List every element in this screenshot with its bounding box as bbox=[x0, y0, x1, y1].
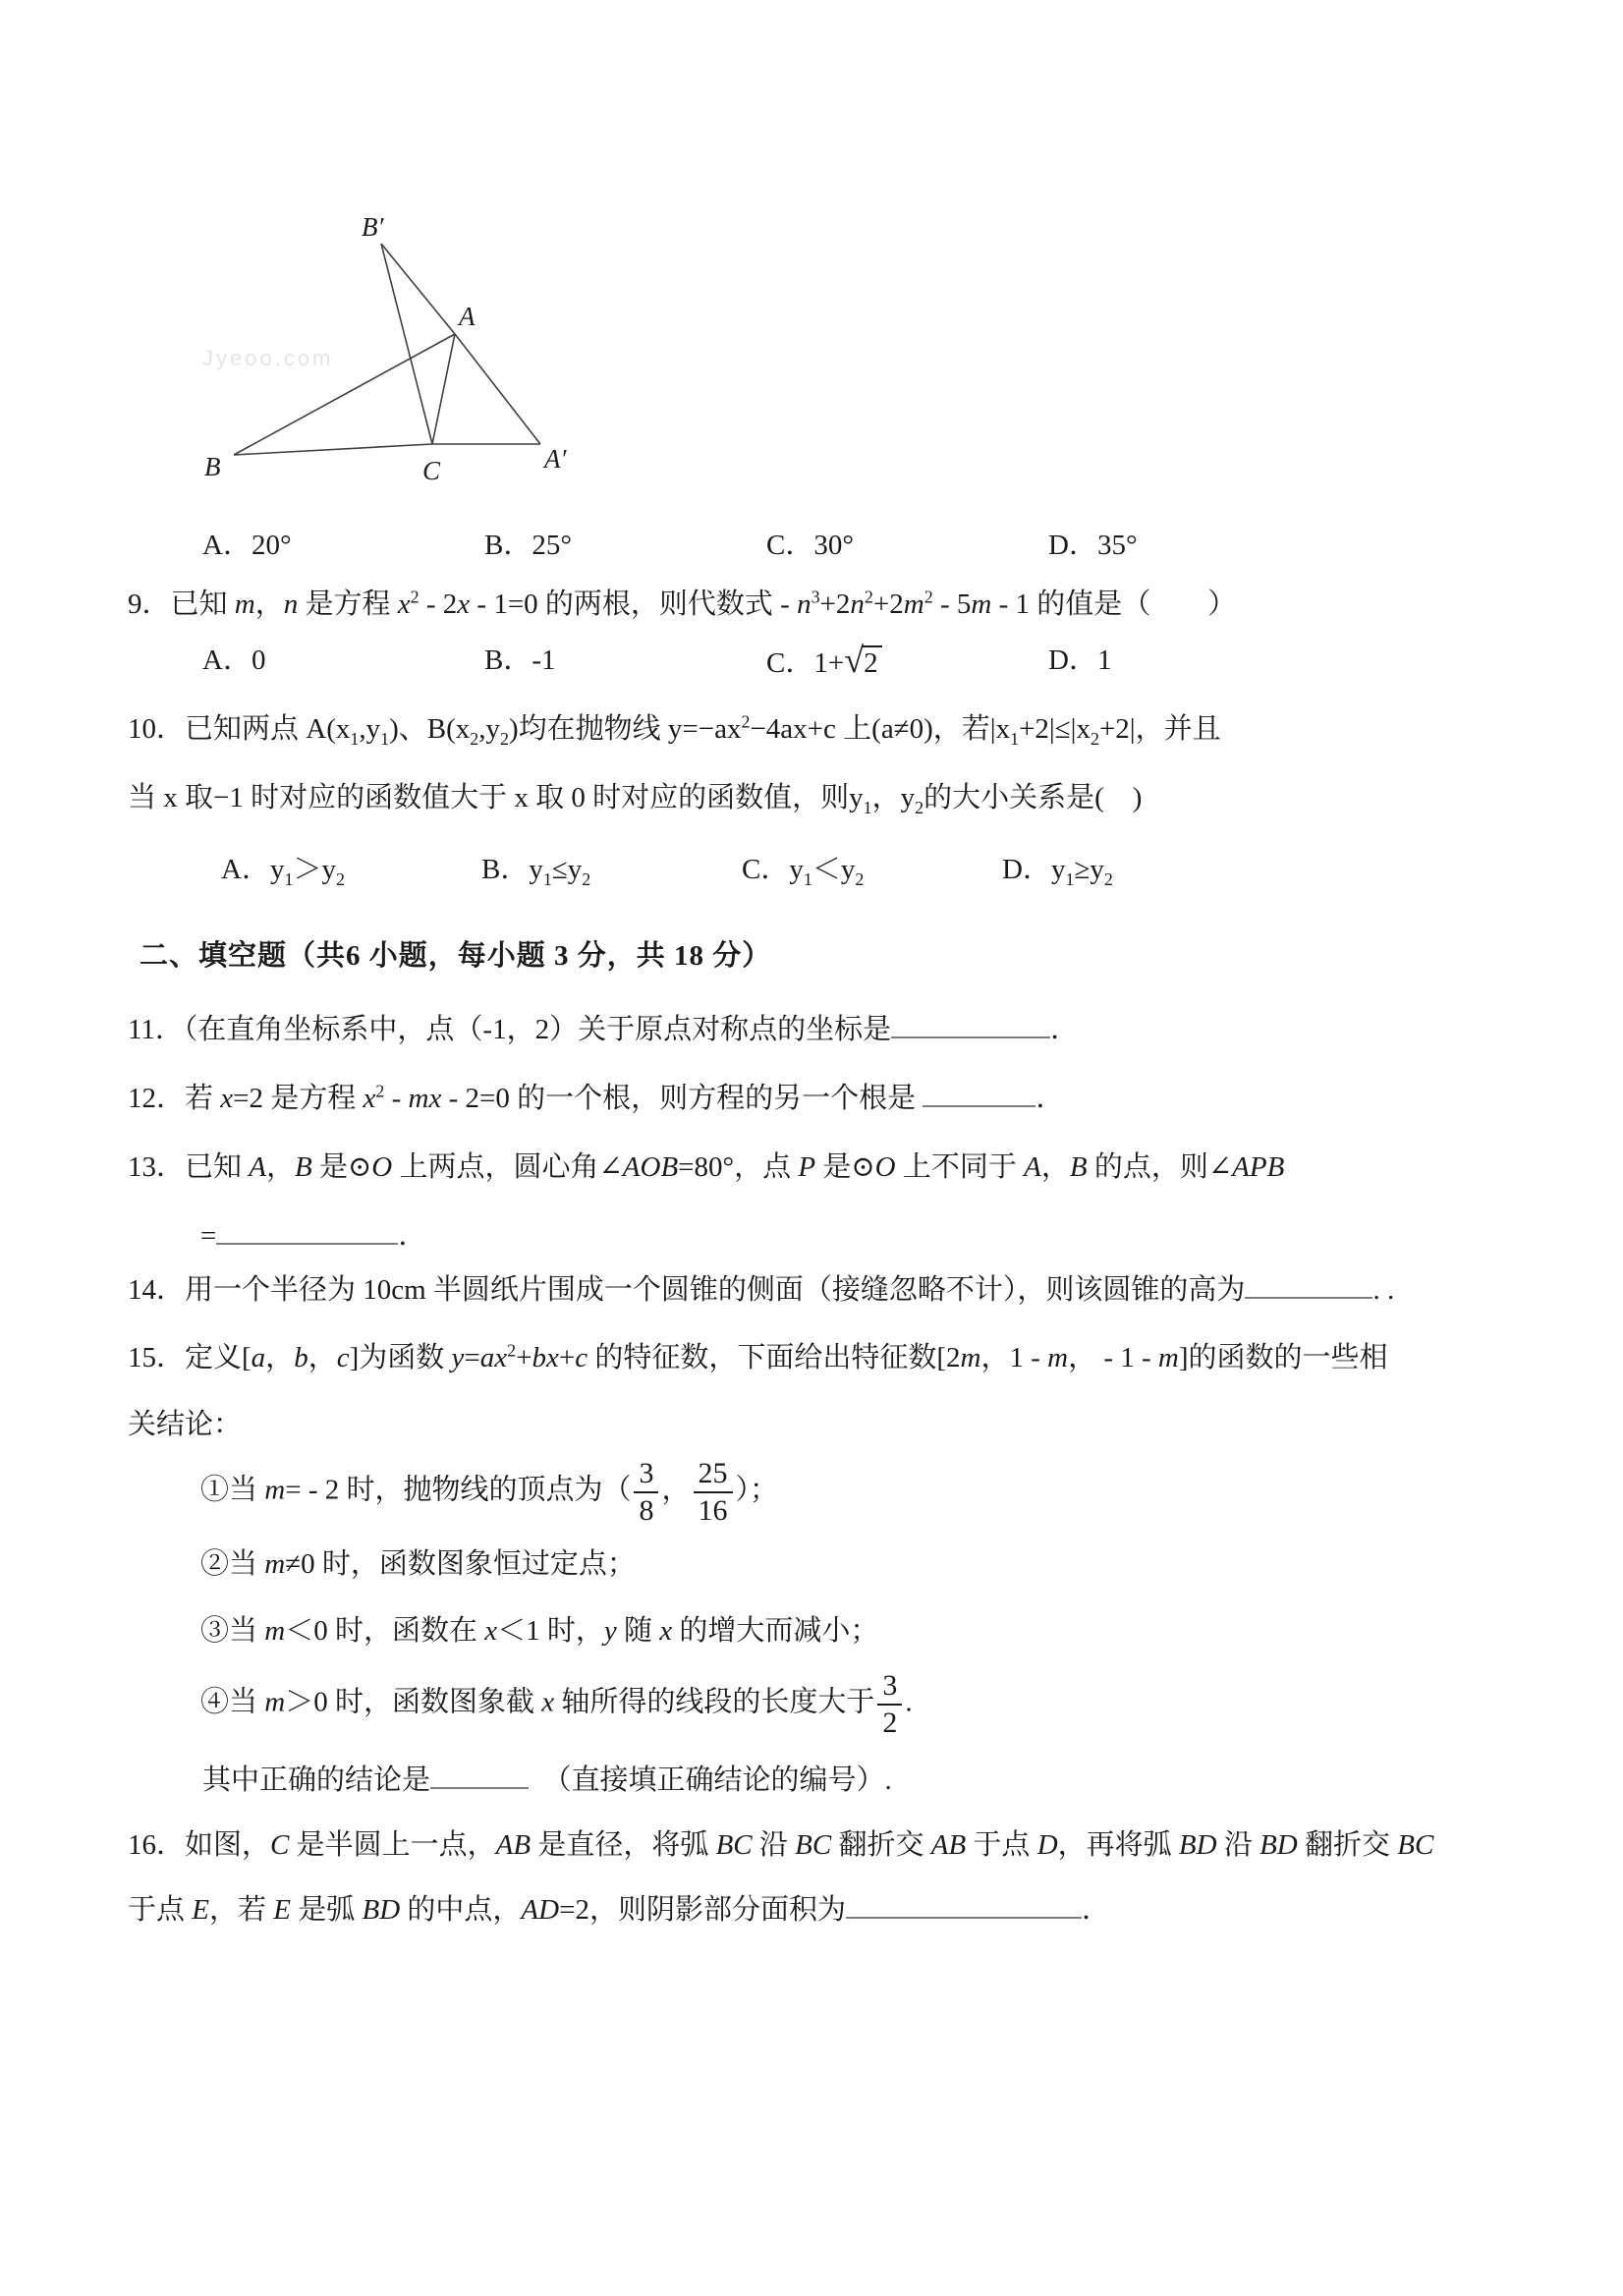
text-run: A．20° bbox=[202, 530, 292, 561]
text-run: 关结论： bbox=[128, 1409, 242, 1440]
option-d: D．y1≥y2 bbox=[1002, 850, 1262, 889]
text-run: ③当 bbox=[200, 1615, 264, 1647]
option-c: C．y1＜y2 bbox=[742, 850, 1002, 889]
text-run: m bbox=[971, 588, 991, 620]
figure-line bbox=[455, 334, 540, 444]
question-13-line-2: =． bbox=[200, 1216, 1533, 1256]
question-11-stem: 11．（在直角坐标系中，点（-1，2）关于原点对称点的坐标是． bbox=[128, 1010, 1533, 1049]
text-run: BD bbox=[362, 1894, 400, 1926]
question-12-stem: 12．若 x=2 是方程 x2 - mx - 2=0 的一个根，则方程的另一个根… bbox=[128, 1079, 1533, 1118]
question-16-line-1: 16．如图，C 是半圆上一点，AB 是直径，将弧 BC 沿 BC 翻折交 AB … bbox=[128, 1825, 1533, 1865]
text-run: = bbox=[464, 1342, 479, 1373]
text-run: 2 bbox=[507, 1340, 516, 1360]
text-run: 的大小关系是( ) bbox=[923, 782, 1142, 813]
text-run: 1 bbox=[350, 729, 359, 749]
text-run: （直接填正确结论的编号）. bbox=[529, 1764, 892, 1796]
text-run: =80°，点 bbox=[678, 1151, 798, 1183]
text-run: m bbox=[264, 1475, 285, 1506]
text-run: ②当 bbox=[200, 1548, 264, 1580]
text-run: 2 bbox=[915, 798, 923, 817]
text-run: 2 bbox=[1091, 729, 1099, 749]
answer-blank bbox=[846, 1892, 1082, 1919]
figure-line bbox=[381, 244, 432, 444]
text-run: 其中正确的结论是 bbox=[202, 1764, 430, 1796]
text-run: ． bbox=[1082, 1894, 1110, 1926]
text-run: 当 x 取−1 时对应的函数值大于 x 取 0 时对应的函数值，则y bbox=[128, 782, 864, 813]
text-run: 于点 bbox=[128, 1894, 192, 1926]
text-run: E bbox=[273, 1894, 291, 1926]
text-run: 32 bbox=[877, 1668, 902, 1741]
text-run: 3 bbox=[811, 587, 820, 606]
text-run: x bbox=[220, 1083, 233, 1114]
text-run: ]的函数的一些相 bbox=[1179, 1342, 1388, 1373]
question-10-line-2: 当 x 取−1 时对应的函数值大于 x 取 0 时对应的函数值，则y1，y2的大… bbox=[128, 778, 1533, 817]
text-run: 翻折交 bbox=[1298, 1829, 1398, 1861]
text-run: 于点 bbox=[966, 1829, 1037, 1861]
option-b: B．y1≤y2 bbox=[481, 850, 742, 889]
question-8-options: A．20° B．25° C．30° D．35° bbox=[128, 526, 1533, 565]
text-run: ， bbox=[255, 588, 284, 620]
text-run: ，再将弧 bbox=[1058, 1829, 1179, 1861]
text-run: ． bbox=[1050, 1014, 1079, 1045]
answer-blank bbox=[891, 1012, 1050, 1038]
text-run: x bbox=[364, 1083, 376, 1114]
watermark: Jyeoo.com bbox=[202, 346, 333, 370]
question-10-options: A．y1＞y2 B．y1≤y2 C．y1＜y2 D．y1≥y2 bbox=[128, 850, 1533, 889]
text-run: = - 2 时，抛物线的顶点为（ bbox=[285, 1475, 631, 1506]
question-15-item-1: ①当 m= - 2 时，抛物线的顶点为（38，2516）； bbox=[200, 1456, 1533, 1529]
option-a: A．0 bbox=[202, 641, 484, 683]
text-run: −4ax+c 上(a≠0)，若|x bbox=[750, 713, 1010, 745]
figure-label-a: A bbox=[457, 302, 476, 331]
text-run: ＞y bbox=[293, 854, 336, 885]
text-run: 2 bbox=[375, 1081, 384, 1100]
text-run: BC bbox=[716, 1829, 753, 1861]
text-run: 2 bbox=[336, 869, 345, 889]
text-run: 10．已知两点 A(x bbox=[128, 713, 350, 745]
text-run: m bbox=[264, 1548, 285, 1580]
text-run: x bbox=[457, 588, 470, 620]
text-run: x bbox=[541, 1687, 554, 1718]
text-run: ＜y bbox=[812, 854, 856, 885]
text-run: BC bbox=[795, 1829, 831, 1861]
text-run: 9．已知 bbox=[128, 588, 235, 620]
answer-blank bbox=[923, 1081, 1035, 1107]
text-run: ． bbox=[1035, 1083, 1064, 1114]
text-run: A bbox=[1024, 1151, 1041, 1183]
text-run: APB bbox=[1232, 1151, 1284, 1183]
text-run: AB bbox=[496, 1829, 531, 1861]
text-run: . . bbox=[1372, 1274, 1394, 1306]
text-run: +2 bbox=[820, 588, 851, 620]
text-run: ,y bbox=[359, 713, 380, 745]
text-run: BC bbox=[1397, 1829, 1433, 1861]
text-run: C bbox=[270, 1829, 289, 1861]
text-run: O bbox=[371, 1151, 392, 1183]
text-run: =2，则阴影部分面积为 bbox=[559, 1894, 846, 1926]
text-run: ，1 - bbox=[980, 1342, 1047, 1373]
text-run: - 5 bbox=[933, 588, 972, 620]
question-15-line-2: 关结论： bbox=[128, 1405, 1533, 1444]
text-run: O bbox=[875, 1151, 896, 1183]
figure-label-c: C bbox=[422, 456, 441, 485]
text-run: ≤y bbox=[552, 854, 582, 885]
question-15-item-3: ③当 m＜0 时，函数在 x＜1 时，y 随 x 的增大而减小； bbox=[200, 1611, 1533, 1651]
text-run: 15．定义[ bbox=[128, 1342, 252, 1373]
text-run: ]为函数 bbox=[350, 1342, 452, 1373]
text-run: 1 bbox=[543, 869, 552, 889]
text-run: ， bbox=[1041, 1151, 1070, 1183]
text-run: ， bbox=[265, 1342, 294, 1373]
text-run: 是方程 bbox=[298, 588, 398, 620]
text-run: = bbox=[200, 1220, 216, 1252]
text-run: D．35° bbox=[1048, 530, 1138, 561]
text-run: )均在抛物线 y=−ax bbox=[509, 713, 742, 745]
text-run: =2 是方程 bbox=[233, 1083, 363, 1114]
exam-content: Jyeoo.com B′ A B C A′ A．20° B．25° C．30° … bbox=[128, 0, 1533, 1930]
text-run: n bbox=[797, 588, 811, 620]
text-run: bx bbox=[532, 1342, 558, 1373]
text-run: 的增大而减小； bbox=[672, 1615, 878, 1647]
text-run: ， bbox=[308, 1342, 337, 1373]
text-run: 2 bbox=[865, 587, 873, 606]
text-run: P bbox=[798, 1151, 815, 1183]
text-run: A bbox=[249, 1151, 266, 1183]
text-run: ＜0 时，函数在 bbox=[285, 1615, 484, 1647]
option-b: B．-1 bbox=[484, 641, 766, 683]
text-run: ，y bbox=[872, 782, 916, 813]
text-run: - 2 bbox=[420, 588, 458, 620]
text-run: 是⊙ bbox=[815, 1151, 875, 1183]
text-run: A．y bbox=[221, 854, 284, 885]
text-run: 38 bbox=[634, 1456, 658, 1529]
text-run: 14．用一个半径为 10cm 半圆纸片围成一个圆锥的侧面（接缝忽略不计），则该圆… bbox=[128, 1274, 1245, 1306]
text-run: m bbox=[1047, 1342, 1068, 1373]
question-9-options: A．0 B．-1 C．1+√2 D．1 bbox=[128, 641, 1533, 683]
text-run: ． bbox=[398, 1220, 426, 1252]
text-run: 2 bbox=[582, 869, 590, 889]
text-run: 翻折交 bbox=[831, 1829, 931, 1861]
text-run: 的特征数，下面给出特征数[2 bbox=[588, 1342, 960, 1373]
question-16-line-2: 于点 E，若 E 是弧 BD 的中点，AD=2，则阴影部分面积为． bbox=[128, 1890, 1533, 1930]
text-run: AD bbox=[521, 1894, 559, 1926]
text-run: y bbox=[452, 1342, 465, 1373]
text-run: n bbox=[284, 588, 299, 620]
text-run: 2 bbox=[924, 587, 933, 606]
text-run: ≠0 时，函数图象恒过定点； bbox=[285, 1548, 636, 1580]
option-d: D．1 bbox=[1048, 641, 1330, 683]
text-run: BD bbox=[1259, 1829, 1298, 1861]
text-run: 1 bbox=[864, 798, 872, 817]
text-run: m bbox=[960, 1342, 980, 1373]
text-run: - bbox=[384, 1083, 408, 1114]
text-run: 是半圆上一点， bbox=[289, 1829, 495, 1861]
text-run: +2|，并且 bbox=[1099, 713, 1221, 745]
text-run: x bbox=[398, 588, 411, 620]
text-run: 1 bbox=[380, 729, 389, 749]
text-run: 是⊙ bbox=[312, 1151, 372, 1183]
text-run: 2516 bbox=[694, 1456, 733, 1529]
text-run: +2|≤|x bbox=[1019, 713, 1091, 745]
text-run: AOB bbox=[623, 1151, 678, 1183]
text-run: √2 bbox=[844, 647, 881, 679]
text-run: B bbox=[295, 1151, 312, 1183]
figure-label-b-prime: B′ bbox=[362, 212, 384, 242]
text-run: y bbox=[604, 1615, 617, 1647]
text-run: ， bbox=[266, 1151, 295, 1183]
text-run: ， bbox=[661, 1475, 690, 1506]
section-2-header: 二、填空题（共6 小题，每小题 3 分，共 18 分） bbox=[140, 936, 1533, 976]
text-run: ＜1 时， bbox=[497, 1615, 604, 1647]
text-run: B．25° bbox=[484, 530, 572, 561]
text-run: 轴所得的线段的长度大于 bbox=[554, 1687, 874, 1718]
question-15-item-4: ④当 m＞0 时，函数图象截 x 轴所得的线段的长度大于32. bbox=[200, 1668, 1533, 1741]
text-run: C．y bbox=[742, 854, 804, 885]
text-run: m bbox=[235, 588, 255, 620]
text-run: D．y bbox=[1002, 854, 1065, 885]
text-run: 11．（在直角坐标系中，点（-1，2）关于原点对称点的坐标是 bbox=[128, 1014, 891, 1045]
option-a: A．y1＞y2 bbox=[221, 850, 481, 889]
text-run: c bbox=[337, 1342, 350, 1373]
text-run: 的点，则∠ bbox=[1088, 1151, 1233, 1183]
text-run: +2 bbox=[873, 588, 904, 620]
text-run: 1 bbox=[1010, 729, 1019, 749]
text-run: B bbox=[1070, 1151, 1088, 1183]
text-run: x bbox=[659, 1615, 672, 1647]
answer-blank bbox=[430, 1763, 529, 1789]
option-d: D．35° bbox=[1048, 526, 1330, 565]
text-run: 沿 bbox=[1217, 1829, 1260, 1861]
text-run: 上两点，圆心角∠ bbox=[392, 1151, 623, 1183]
text-run: m bbox=[264, 1615, 285, 1647]
text-run: 是直径，将弧 bbox=[531, 1829, 716, 1861]
text-run: ， - 1 - bbox=[1068, 1342, 1158, 1373]
text-run: 的中点， bbox=[400, 1894, 521, 1926]
text-run: c bbox=[575, 1342, 588, 1373]
figure-line bbox=[234, 444, 432, 455]
answer-blank bbox=[216, 1218, 398, 1245]
figure-label-b: B bbox=[204, 452, 221, 481]
text-run: - 1=0 的两根，则代数式 - bbox=[470, 588, 797, 620]
text-run: b bbox=[294, 1342, 308, 1373]
option-c: C．30° bbox=[766, 526, 1048, 565]
text-run: 12．若 bbox=[128, 1083, 220, 1114]
question-15-conclusion: 其中正确的结论是 （直接填正确结论的编号）. bbox=[202, 1761, 1533, 1800]
text-run: A．0 bbox=[202, 644, 265, 676]
text-run: . bbox=[905, 1687, 912, 1718]
text-run: C．30° bbox=[766, 530, 854, 561]
text-run: ④当 bbox=[200, 1687, 264, 1718]
question-13-line-1: 13．已知 A，B 是⊙O 上两点，圆心角∠AOB=80°，点 P 是⊙O 上不… bbox=[128, 1148, 1533, 1187]
text-run: 16．如图， bbox=[128, 1829, 270, 1861]
text-run: D．1 bbox=[1048, 644, 1111, 676]
text-run: 1 bbox=[804, 869, 812, 889]
answer-blank bbox=[1245, 1272, 1372, 1299]
text-run: 是弧 bbox=[291, 1894, 363, 1926]
text-run: m bbox=[264, 1687, 285, 1718]
text-run: BD bbox=[1179, 1829, 1217, 1861]
text-run: + bbox=[516, 1342, 532, 1373]
question-9-stem: 9．已知 m，n 是方程 x2 - 2x - 1=0 的两根，则代数式 - n3… bbox=[128, 585, 1533, 624]
question-15-line-1: 15．定义[a，b，c]为函数 y=ax2+bx+c 的特征数，下面给出特征数[… bbox=[128, 1338, 1533, 1377]
question-10-line-1: 10．已知两点 A(x1,y1)、B(x2,y2)均在抛物线 y=−ax2−4a… bbox=[128, 709, 1533, 749]
text-run: n bbox=[850, 588, 865, 620]
text-run: ,y bbox=[478, 713, 500, 745]
text-run: B．y bbox=[481, 854, 543, 885]
text-run: 上不同于 bbox=[896, 1151, 1025, 1183]
text-run: C．1+ bbox=[766, 647, 844, 679]
text-run: 2 bbox=[500, 729, 509, 749]
text-run: ①当 bbox=[200, 1475, 264, 1506]
text-run: 2 bbox=[1104, 869, 1113, 889]
text-run: ，若 bbox=[209, 1894, 273, 1926]
option-a: A．20° bbox=[202, 526, 484, 565]
text-run: E bbox=[192, 1894, 209, 1926]
text-run: ＞0 时，函数图象截 bbox=[285, 1687, 541, 1718]
text-run: 2 bbox=[855, 869, 864, 889]
geometry-figure: Jyeoo.com B′ A B C A′ bbox=[177, 147, 599, 493]
text-run: - 1 的值是（ ） bbox=[991, 588, 1236, 620]
question-14-stem: 14．用一个半径为 10cm 半圆纸片围成一个圆锥的侧面（接缝忽略不计），则该圆… bbox=[128, 1270, 1533, 1310]
text-run: ≥y bbox=[1074, 854, 1103, 885]
question-15-item-2: ②当 m≠0 时，函数图象恒过定点； bbox=[200, 1544, 1533, 1584]
text-run: 13．已知 bbox=[128, 1151, 249, 1183]
text-run: m bbox=[904, 588, 924, 620]
text-run: 沿 bbox=[753, 1829, 796, 1861]
text-run: x bbox=[484, 1615, 497, 1647]
option-c: C．1+√2 bbox=[766, 641, 1048, 683]
text-run: B．-1 bbox=[484, 644, 556, 676]
option-b: B．25° bbox=[484, 526, 766, 565]
text-run: ax bbox=[480, 1342, 507, 1373]
text-run: 2 bbox=[411, 587, 420, 606]
text-run: 随 bbox=[617, 1615, 660, 1647]
figure-line bbox=[432, 334, 455, 444]
figure-label-a-prime: A′ bbox=[542, 444, 567, 474]
exam-page: Jyeoo.com B′ A B C A′ A．20° B．25° C．30° … bbox=[0, 0, 1623, 2296]
text-run: + bbox=[559, 1342, 575, 1373]
text-run: AB bbox=[931, 1829, 966, 1861]
text-run: D bbox=[1037, 1829, 1058, 1861]
text-run: mx bbox=[409, 1083, 442, 1114]
text-run: - 2=0 的一个根，则方程的另一个根是 bbox=[441, 1083, 923, 1114]
text-run: )、B(x bbox=[389, 713, 470, 745]
text-run: a bbox=[252, 1342, 266, 1373]
text-run: ）； bbox=[736, 1475, 779, 1506]
text-run: m bbox=[1158, 1342, 1179, 1373]
text-run: 2 bbox=[470, 729, 478, 749]
